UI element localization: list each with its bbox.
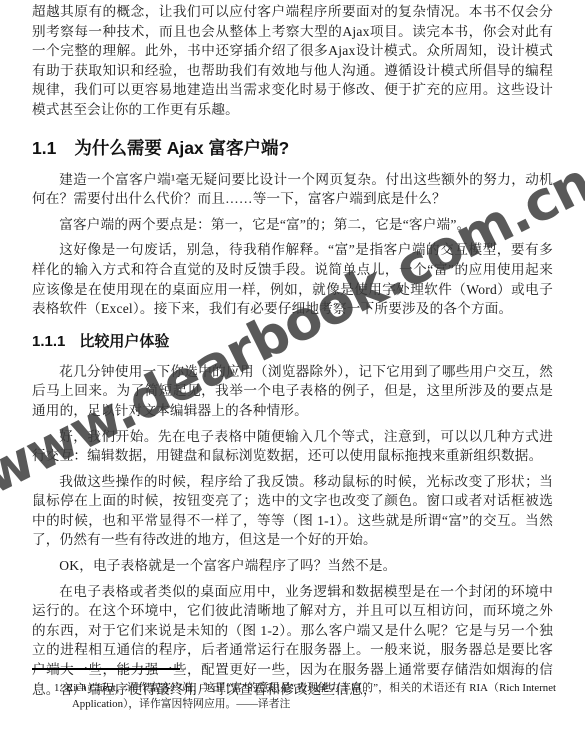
- footnote-divider: [32, 668, 180, 670]
- paragraph: 富客户端的两个要点是：第一，它是“富”的；第二，它是“客户端”。: [32, 215, 553, 235]
- subsection-heading: 1.1.1比较用户体验: [32, 331, 553, 352]
- subsection-number: 1.1.1: [32, 333, 65, 350]
- paragraph: 建造一个富客户端¹毫无疑问要比设计一个网页复杂。付出这些额外的努力，动机何在？需…: [32, 170, 553, 209]
- paragraph: 这好像是一句废话，别急，待我稍作解释。“富”是指客户端的交互模型，要有多样化的输…: [32, 240, 553, 318]
- footnote: 1.Rich Client，译作富客户端，这里“富”的意思是“表现能力丰富的”，…: [54, 680, 556, 712]
- page-content: 超越其原有的概念，让我们可以应付客户端程序所要面对的复杂情况。本书不仅会分别考察…: [0, 0, 585, 699]
- paragraph-continuation: 超越其原有的概念，让我们可以应付客户端程序所要面对的复杂情况。本书不仅会分别考察…: [32, 2, 553, 120]
- footnote-marker: 1.: [54, 682, 62, 694]
- paragraph: 好，我们开始。先在电子表格中随便输入几个等式，注意到，可以以几种方式进行交互：编…: [32, 427, 553, 466]
- section-title: 为什么需要 Ajax 富客户端?: [74, 138, 289, 158]
- section-number: 1.1: [32, 138, 56, 158]
- paragraph: 我做这些操作的时候，程序给了我反馈。移动鼠标的时候，光标改变了形状；当鼠标停在上…: [32, 472, 553, 550]
- paragraph: OK，电子表格就是一个富客户端程序了吗？当然不是。: [32, 556, 553, 576]
- book-page: 超越其原有的概念，让我们可以应付客户端程序所要面对的复杂情况。本书不仅会分别考察…: [0, 0, 585, 734]
- subsection-title: 比较用户体验: [79, 333, 169, 350]
- footnote-text: Rich Client，译作富客户端，这里“富”的意思是“表现能力丰富的”，相关…: [66, 682, 556, 710]
- paragraph: 花几分钟使用一下你选中的应用（浏览器除外），记下它用到了哪些用户交互，然后马上回…: [32, 362, 553, 421]
- section-heading: 1.1为什么需要 Ajax 富客户端?: [32, 136, 553, 160]
- footnote-area: 1.Rich Client，译作富客户端，这里“富”的意思是“表现能力丰富的”，…: [32, 668, 556, 712]
